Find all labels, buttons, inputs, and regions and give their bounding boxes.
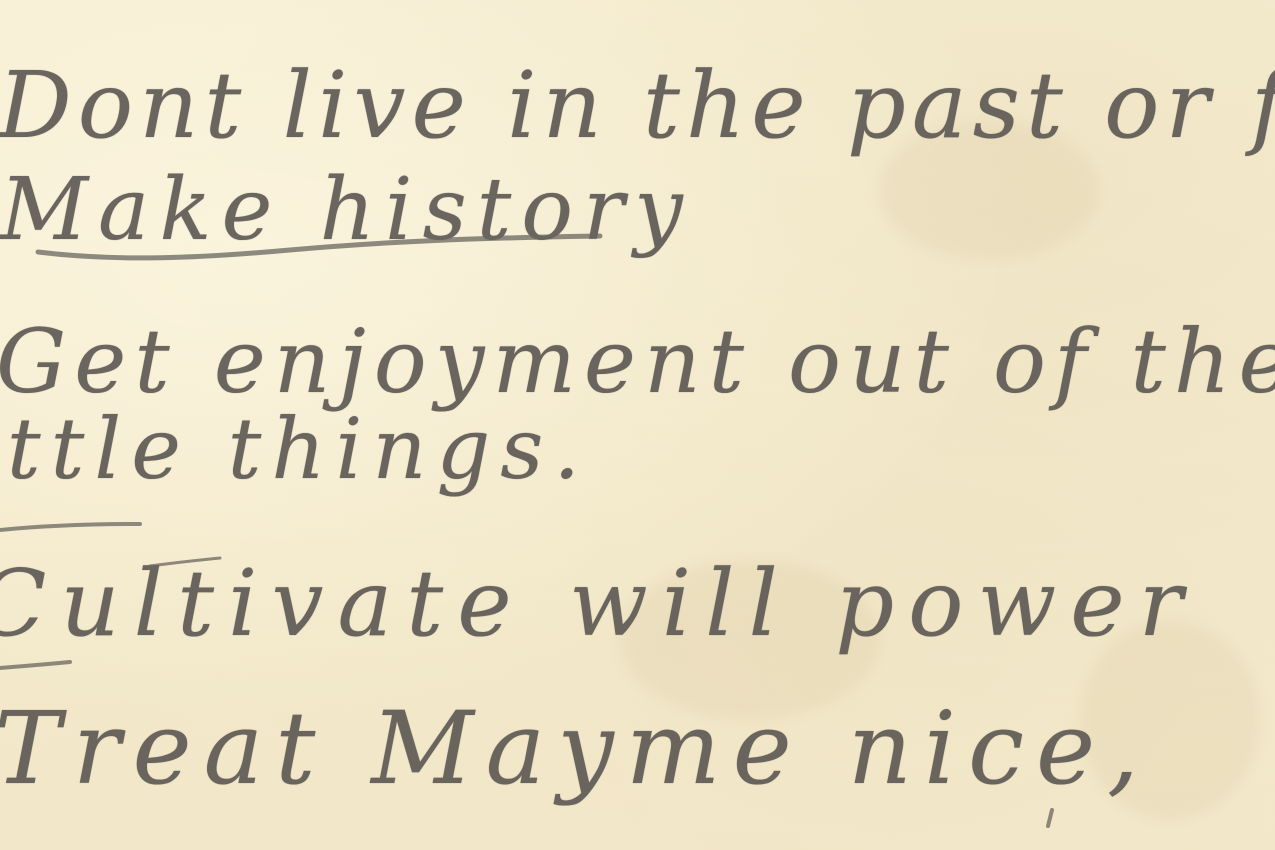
note-line-get-enjoyment: Get enjoyment out of the bbox=[0, 310, 1275, 413]
scanned-note-page: Dont live in the past or futu Make histo… bbox=[0, 0, 1275, 850]
separator-dash-2 bbox=[0, 662, 70, 668]
comma-mark bbox=[1048, 810, 1052, 826]
separator-dash-1 bbox=[0, 524, 140, 530]
note-line-dont-live-in-past: Dont live in the past or futu bbox=[0, 52, 1275, 159]
note-line-make-history: Make history bbox=[0, 160, 693, 260]
note-line-little-things: ittle things. bbox=[0, 400, 590, 498]
note-line-cultivate-will-power: Cultivate will power bbox=[0, 550, 1197, 657]
note-line-treat-mayme-nice: Treat Mayme nice, bbox=[0, 690, 1151, 807]
